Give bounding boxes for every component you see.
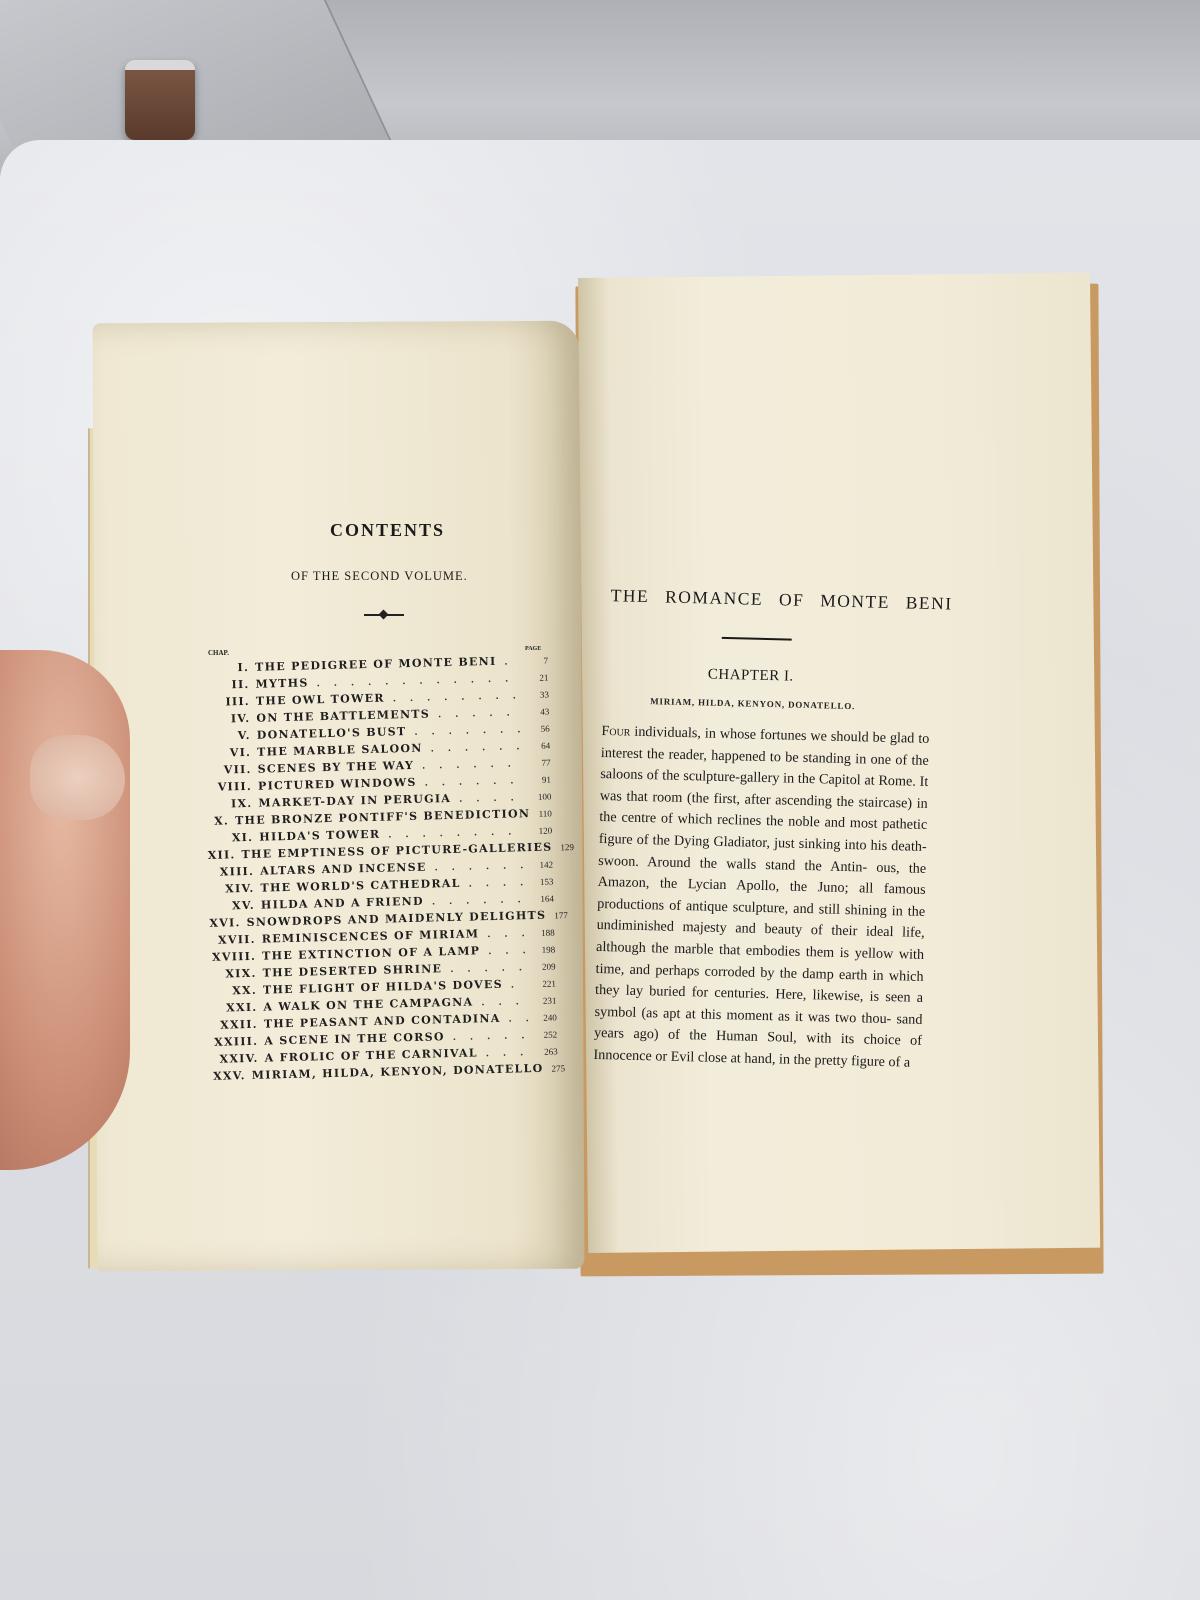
page-number: 43 bbox=[521, 707, 549, 718]
chapter-number: XIV. bbox=[208, 882, 260, 896]
page-number: 33 bbox=[521, 690, 549, 701]
page-number: 64 bbox=[522, 741, 550, 752]
page-number: 91 bbox=[523, 775, 551, 786]
leader-dots: ........................ bbox=[479, 929, 527, 940]
chapter-number: IX. bbox=[206, 797, 258, 811]
leader-dots: ........................ bbox=[473, 997, 528, 1008]
chapter-number: XVI. bbox=[209, 916, 247, 930]
chapter-number: XI. bbox=[207, 831, 259, 845]
chapter-number: VI. bbox=[205, 746, 257, 760]
chapter-number: X. bbox=[207, 814, 236, 828]
leader-dots: ........................ bbox=[461, 878, 526, 890]
body-line: Innocence or Evil close at hand, in the … bbox=[593, 1047, 910, 1071]
column-label-chap: CHAP. bbox=[208, 649, 229, 657]
chapter-title: HILDA'S TOWER bbox=[259, 828, 380, 844]
chapter-page: THE ROMANCE OF MONTE BENI CHAPTER I. MIR… bbox=[593, 585, 945, 1075]
leader-dots: ........................ bbox=[503, 980, 528, 991]
dropcap-word: Four bbox=[601, 723, 630, 740]
chapter-number: XXIII. bbox=[212, 1035, 264, 1049]
chapter-number: XXIV. bbox=[213, 1052, 265, 1066]
page-number: 21 bbox=[520, 673, 548, 684]
page-number: 198 bbox=[527, 944, 555, 955]
chapter-number: VII. bbox=[205, 763, 257, 777]
page-number: 209 bbox=[527, 961, 555, 972]
page-number: 129 bbox=[560, 842, 574, 852]
chapter-title: PICTURED WINDOWS bbox=[258, 776, 417, 793]
page-number: 263 bbox=[530, 1046, 558, 1057]
leader-dots: ........................ bbox=[380, 827, 524, 841]
chapter-title: HILDA AND A FRIEND bbox=[261, 895, 424, 912]
leader-dots: ........................ bbox=[423, 742, 523, 754]
page-number: 77 bbox=[522, 758, 550, 769]
chapter-title: SCENES BY THE WAY bbox=[257, 759, 414, 776]
thumbnail bbox=[30, 735, 125, 820]
leader-dots: ........................ bbox=[546, 911, 554, 921]
chapter-subtitle: MIRIAM, HILDA, KENYON, DONATELLO. bbox=[650, 696, 942, 713]
page-number: 231 bbox=[528, 995, 556, 1006]
chapter-number: VIII. bbox=[206, 780, 258, 794]
page-number: 275 bbox=[551, 1063, 565, 1073]
chapter-heading: CHAPTER I. bbox=[708, 667, 943, 690]
leader-dots: ........................ bbox=[451, 793, 523, 805]
chapter-number: XV. bbox=[209, 899, 261, 913]
page-number: 100 bbox=[523, 792, 551, 803]
page-number: 110 bbox=[538, 809, 552, 819]
page-number: 164 bbox=[526, 893, 554, 904]
holding-hand bbox=[0, 650, 130, 1170]
chapter-number: XVII. bbox=[210, 933, 262, 947]
leader-dots: ........................ bbox=[406, 725, 522, 738]
page-number: 153 bbox=[525, 877, 553, 888]
title-rule bbox=[722, 637, 792, 641]
leader-dots: ........................ bbox=[424, 895, 526, 907]
page-number: 120 bbox=[524, 826, 552, 837]
chapter-body-text: Four individuals, in whose fortunes we s… bbox=[593, 721, 929, 1074]
leader-dots: ........................ bbox=[478, 1048, 530, 1059]
chapter-number: XII. bbox=[208, 848, 242, 862]
page-number: 240 bbox=[529, 1012, 557, 1023]
chapter-title: MYTHS bbox=[255, 676, 308, 690]
chapter-number: II. bbox=[203, 678, 255, 692]
leader-dots: ........................ bbox=[530, 810, 538, 820]
chapter-title: THE OWL TOWER bbox=[256, 692, 385, 708]
page-number: 7 bbox=[520, 656, 548, 667]
leader-dots: ........................ bbox=[496, 657, 520, 668]
page-number: 142 bbox=[525, 860, 553, 871]
chapter-title: DONATELLO'S BUST bbox=[257, 725, 407, 742]
leader-dots: ........................ bbox=[430, 708, 521, 720]
chapter-number: V. bbox=[205, 729, 257, 743]
leader-dots: ........................ bbox=[414, 759, 523, 772]
chapter-number: I. bbox=[203, 661, 255, 675]
chapter-number: XXI. bbox=[211, 1001, 263, 1015]
leader-dots: ........................ bbox=[417, 776, 524, 789]
chapter-number: XX. bbox=[211, 984, 263, 998]
contents-title: CONTENTS bbox=[330, 520, 445, 541]
chapter-number: XXII. bbox=[212, 1018, 264, 1032]
body-line: individuals, in whose fortunes we should… bbox=[630, 724, 914, 747]
chapter-title: ALTARS AND INCENSE bbox=[260, 861, 427, 878]
leader-dots: ........................ bbox=[552, 843, 560, 853]
chapter-number: XIII. bbox=[208, 865, 260, 879]
chapter-number: XVIII. bbox=[210, 950, 262, 964]
chapter-title: THE MARBLE SALOON bbox=[257, 742, 423, 759]
chapter-number: IV. bbox=[204, 712, 256, 726]
leader-dots: ........................ bbox=[385, 691, 521, 704]
contents-list: I.THE PEDIGREE OF MONTE BENI............… bbox=[203, 654, 558, 1087]
leader-dots: ........................ bbox=[480, 946, 527, 957]
chapter-number: XXV. bbox=[213, 1069, 252, 1083]
leader-dots: ........................ bbox=[543, 1065, 551, 1075]
contents-subtitle: OF THE SECOND VOLUME. bbox=[291, 569, 468, 584]
chapter-number: XIX. bbox=[210, 967, 262, 981]
leader-dots: ........................ bbox=[309, 674, 521, 689]
leader-dots: ........................ bbox=[445, 1031, 530, 1043]
page-number: 221 bbox=[528, 978, 556, 989]
leader-dots: ........................ bbox=[500, 1014, 528, 1025]
page-number: 188 bbox=[527, 927, 555, 938]
chapter-number: III. bbox=[204, 695, 256, 709]
leader-dots: ........................ bbox=[442, 963, 528, 975]
page-number: 177 bbox=[554, 910, 568, 920]
column-label-page: PAGE bbox=[525, 646, 541, 652]
page-number: 252 bbox=[529, 1029, 557, 1040]
page-number: 56 bbox=[522, 724, 550, 735]
leader-dots: ........................ bbox=[426, 861, 525, 873]
cabinet-knob bbox=[125, 60, 195, 140]
ornament-divider bbox=[364, 614, 404, 616]
